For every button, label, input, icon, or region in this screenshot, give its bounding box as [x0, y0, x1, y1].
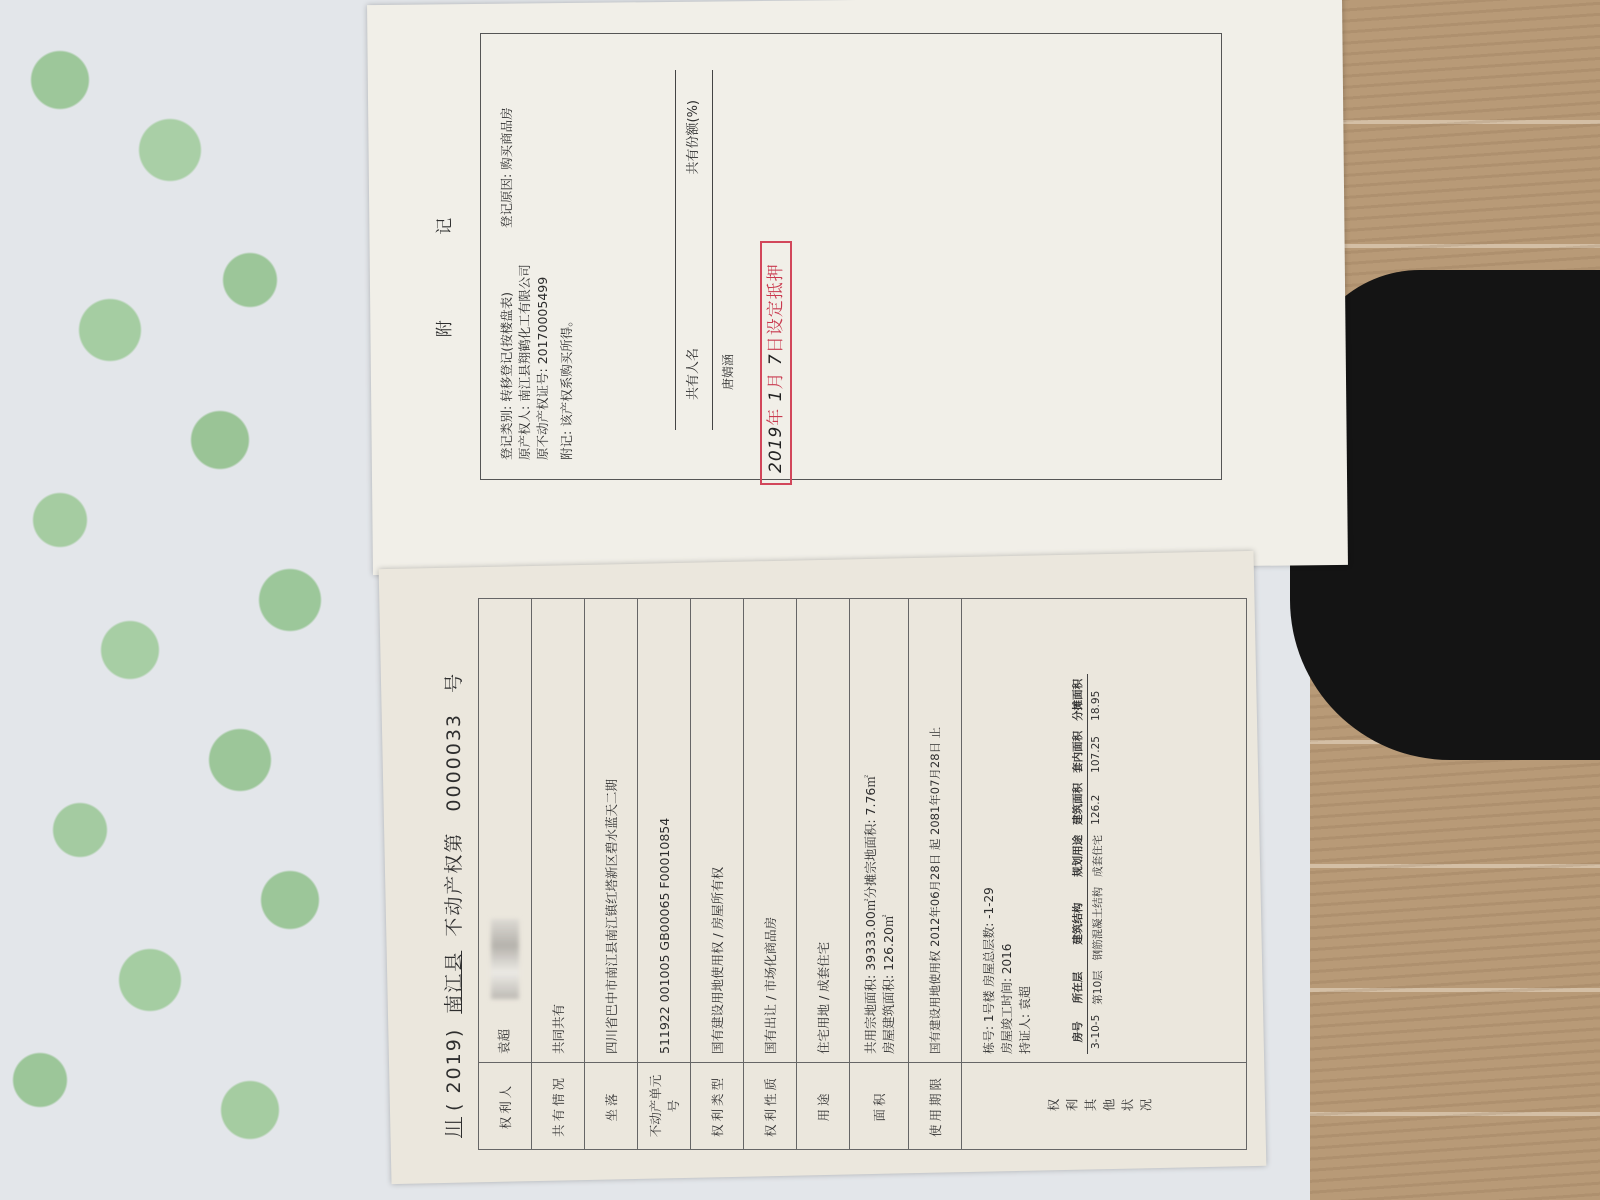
certificate-table: 权利人 袁超 共有情况 共同共有 坐落 四川省巴中市南江县南江镇红塔新区碧水蓝天… — [478, 598, 1247, 1150]
other-status-lines: 栋号: 1号楼 房屋总层数: -1-29 房屋竣工时间: 2016 持证人: 袁… — [980, 607, 1034, 1054]
appendix-section: 附 记 登记类别: 转移登记(按楼盘表) 登记原因: 购买商品房 原产权人: 南… — [420, 20, 1230, 540]
table-row: 面积 共用宗地面积: 39333.00㎡分摊宗地面积: 7.76㎡ 房屋建筑面积… — [850, 599, 909, 1150]
table-row: 权利类型 国有建设用地使用权 / 房屋所有权 — [691, 599, 744, 1150]
unit-detail-table: 房号 所在层 建筑结构 规划用途 建筑面积 套内面积 分摊面积 3-10-5 第… — [1068, 674, 1242, 1054]
appendix-line: 原不动产权证号: 20170005499 — [534, 107, 552, 460]
unit-detail-row: 3-10-5 第10层 钢筋混凝土结构 成套住宅 126.2 107.25 18… — [1088, 674, 1243, 1054]
table-row: 用途 住宅用地 / 成套住宅 — [797, 599, 850, 1150]
table-row-other-status: 权利其他状况 栋号: 1号楼 房屋总层数: -1-29 房屋竣工时间: 2016… — [962, 599, 1247, 1150]
table-row: 不动产单元号 511922 001005 GB00065 F00010854 — [638, 599, 691, 1150]
owner-name: 袁超 — [497, 1029, 512, 1054]
co-owner-table: 共有人名 共有份额(%) 唐婧涵 — [675, 70, 742, 430]
table-row: 权利人 袁超 — [479, 599, 532, 1150]
co-owner-row: 唐婧涵 — [713, 70, 742, 430]
table-row: 使用期限 国有建设用地使用权 2012年06月28日 起 2081年07月28日… — [909, 599, 962, 1150]
certificate-section: 川( 2019) 南江县 不动产权第 0000033 号 权利人 袁超 共有情况… — [430, 590, 1250, 1150]
redacted-region — [491, 919, 519, 999]
unit-detail-header: 房号 所在层 建筑结构 规划用途 建筑面积 套内面积 分摊面积 — [1068, 674, 1088, 1054]
appendix-line: 原产权人: 南江县翔鹤化工有限公司 — [516, 107, 534, 460]
appendix-line: 登记类别: 转移登记(按楼盘表) 登记原因: 购买商品房 — [498, 107, 516, 460]
table-row: 坐落 四川省巴中市南江县南江镇红塔新区碧水蓝天二期 — [585, 599, 638, 1150]
appendix-frame — [480, 33, 1222, 480]
certificate-title: 川( 2019) 南江县 不动产权第 0000033 号 — [430, 590, 478, 1150]
appendix-line: 附记: 该产权系购买所得。 — [558, 107, 576, 460]
appendix-heading: 附 记 — [430, 35, 455, 480]
mortgage-stamp: 2019年 1月 7日设定抵押 — [760, 241, 792, 485]
table-row: 权利性质 国有出让 / 市场化商品房 — [744, 599, 797, 1150]
appendix-lines: 登记类别: 转移登记(按楼盘表) 登记原因: 购买商品房 原产权人: 南江县翔鹤… — [498, 107, 576, 460]
co-owner-header: 共有人名 共有份额(%) — [675, 70, 713, 430]
table-row: 共有情况 共同共有 — [532, 599, 585, 1150]
